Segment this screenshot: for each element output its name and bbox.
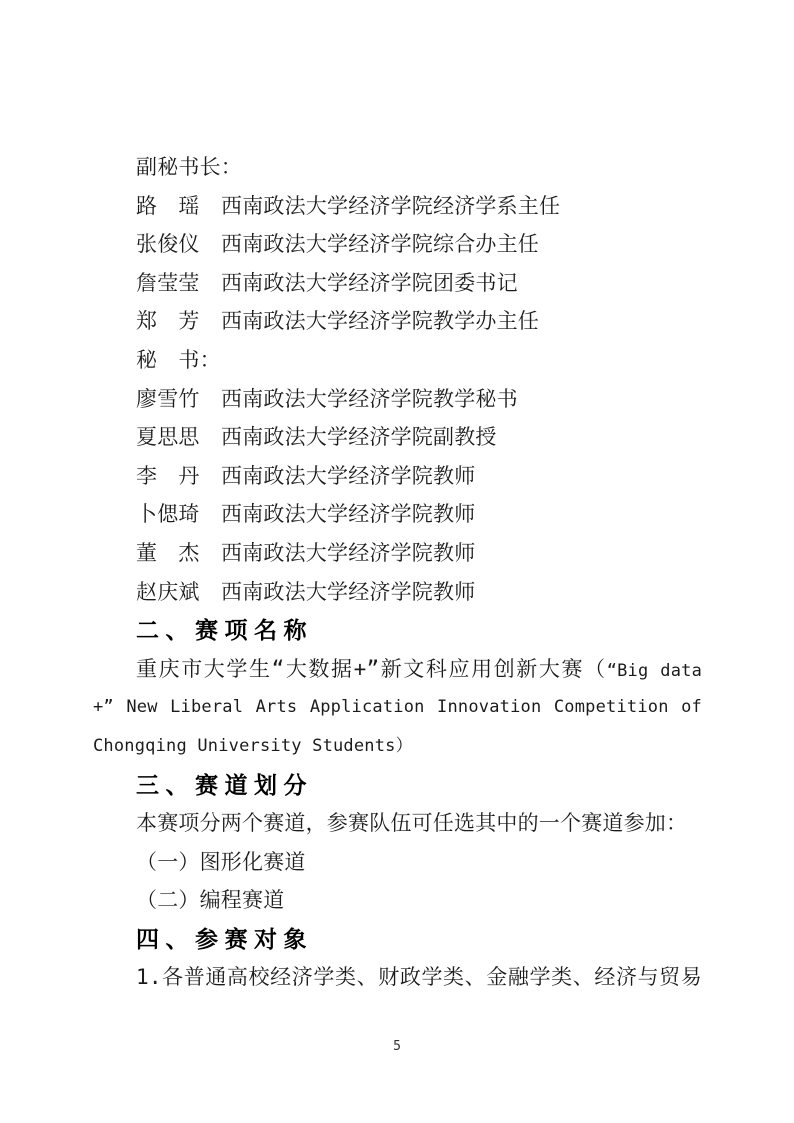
section-4-heading: 四、参赛对象 <box>93 920 702 959</box>
person-title: 西南政法大学经济学院经济学系主任 <box>221 194 560 218</box>
person-name: 李 丹 <box>136 457 200 496</box>
person-title: 西南政法大学经济学院副教授 <box>221 425 497 449</box>
person-name: 张俊仪 <box>136 225 200 264</box>
person-title: 西南政法大学经济学院团委书记 <box>221 271 518 295</box>
person-title: 西南政法大学经济学院教师 <box>221 464 475 488</box>
roster-row: 李 丹西南政法大学经济学院教师 <box>93 457 702 496</box>
secretary-label: 秘 书： <box>93 341 702 380</box>
person-title: 西南政法大学经济学院综合办主任 <box>221 232 539 256</box>
roster-row: 董 杰西南政法大学经济学院教师 <box>93 534 702 573</box>
person-title: 西南政法大学经济学院教师 <box>221 541 475 565</box>
document-body: 副秘书长： 路 瑶西南政法大学经济学院经济学系主任 张俊仪西南政法大学经济学院综… <box>93 148 702 997</box>
section-3-heading: 三、赛道划分 <box>93 766 702 805</box>
deputy-secretary-label: 副秘书长： <box>93 148 702 187</box>
section-3-intro: 本赛项分两个赛道，参赛队伍可任选其中的一个赛道参加： <box>93 804 702 843</box>
section-4-item-1: 1.各普通高校经济学类、财政学类、金融学类、经济与贸易 <box>93 958 702 997</box>
roster-row: 路 瑶西南政法大学经济学院经济学系主任 <box>93 187 702 226</box>
track-item-graphical: （一）图形化赛道 <box>93 843 702 882</box>
track-item-programming: （二）编程赛道 <box>93 881 702 920</box>
section-2-paragraph-line-1: 重庆市大学生“大数据+”新文科应用创新大赛（“Big data <box>93 650 702 689</box>
roster-row: 赵庆斌西南政法大学经济学院教师 <box>93 573 702 612</box>
roster-row: 郑 芳西南政法大学经济学院教学办主任 <box>93 302 702 341</box>
roster-row: 廖雪竹西南政法大学经济学院教学秘书 <box>93 380 702 419</box>
person-name: 詹莹莹 <box>136 264 200 303</box>
person-name: 路 瑶 <box>136 187 200 226</box>
person-name: 郑 芳 <box>136 302 200 341</box>
person-name: 卜偲琦 <box>136 495 200 534</box>
person-name: 夏思思 <box>136 418 200 457</box>
person-title: 西南政法大学经济学院教师 <box>221 580 475 604</box>
section-2-paragraph-line-3: Chongqing University Students） <box>93 727 702 766</box>
roster-row: 詹莹莹西南政法大学经济学院团委书记 <box>93 264 702 303</box>
roster-row: 卜偲琦西南政法大学经济学院教师 <box>93 495 702 534</box>
document-page: 副秘书长： 路 瑶西南政法大学经济学院经济学系主任 张俊仪西南政法大学经济学院综… <box>0 0 794 1123</box>
page-number: 5 <box>0 1036 794 1058</box>
roster-row: 夏思思西南政法大学经济学院副教授 <box>93 418 702 457</box>
roster-row: 张俊仪西南政法大学经济学院综合办主任 <box>93 225 702 264</box>
person-title: 西南政法大学经济学院教师 <box>221 502 475 526</box>
person-title: 西南政法大学经济学院教学秘书 <box>221 387 518 411</box>
section-2-paragraph-line-2: +” New Liberal Arts Application Innovati… <box>93 688 702 727</box>
person-title: 西南政法大学经济学院教学办主任 <box>221 309 539 333</box>
section-2-heading: 二、赛项名称 <box>93 611 702 650</box>
person-name: 董 杰 <box>136 534 200 573</box>
person-name: 廖雪竹 <box>136 380 200 419</box>
competition-name-english-start: “Big data <box>607 661 702 681</box>
person-name: 赵庆斌 <box>136 573 200 612</box>
competition-name-chinese: 重庆市大学生“大数据+”新文科应用创新大赛（ <box>136 657 607 681</box>
